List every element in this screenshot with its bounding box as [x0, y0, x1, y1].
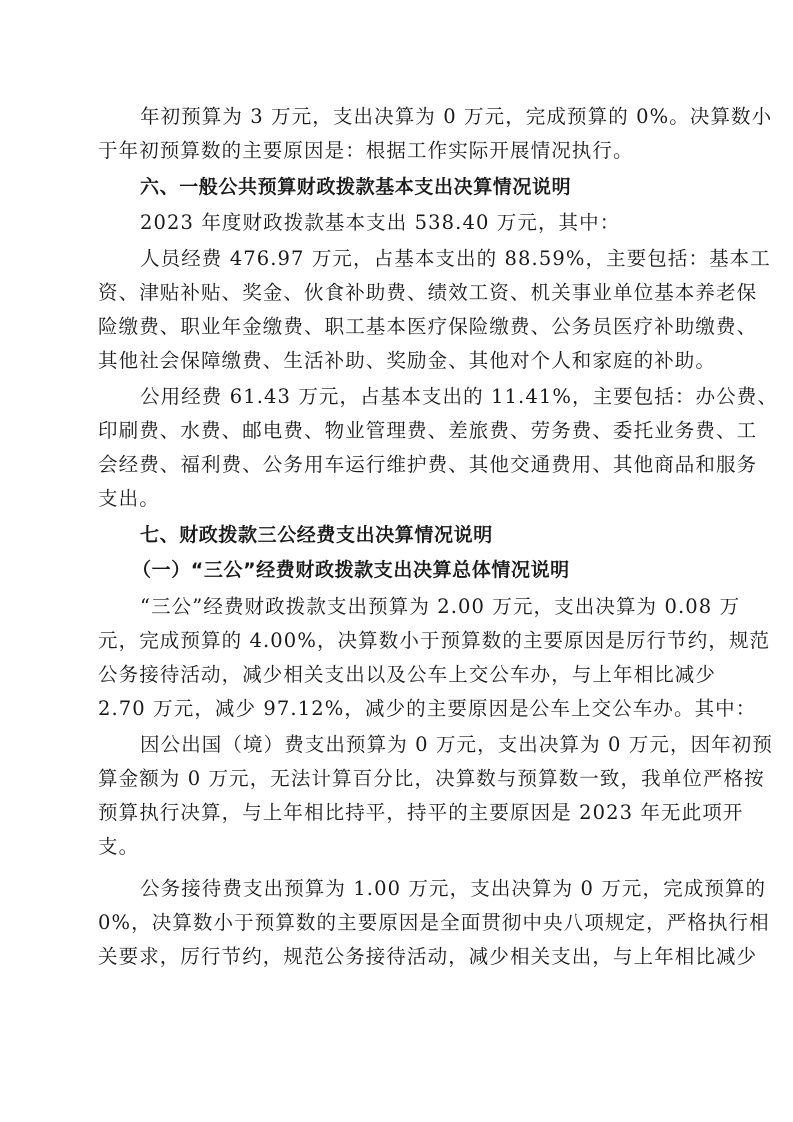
paragraph-line: 支。 — [98, 830, 698, 864]
paragraph-line: 印刷费、水费、邮电费、物业管理费、差旅费、劳务费、委托业务费、工 — [98, 414, 698, 448]
paragraph-line: 公务接待活动，减少相关支出以及公车上交公车办，与上年相比减少 — [98, 658, 698, 692]
paragraph-line: 资、津贴补贴、奖金、伙食补助费、绩效工资、机关事业单位基本养老保 — [98, 276, 698, 310]
paragraph-line: 关要求，厉行节约，规范公务接待活动，减少相关支出，与上年相比减少 — [98, 940, 698, 974]
paragraph-line: 算金额为 0 万元，无法计算百分比，决算数与预算数一致，我单位严格按 — [98, 762, 698, 796]
paragraph-line: 于年初预算数的主要原因是：根据工作实际开展情况执行。 — [98, 134, 698, 168]
paragraph-line: 2.70 万元，减少 97.12%，减少的主要原因是公车上交公车办。其中： — [98, 692, 698, 726]
paragraph-line: 支出。 — [98, 482, 698, 516]
paragraph-line: “三公”经费财政拨款支出预算为 2.00 万元，支出决算为 0.08 万 — [140, 590, 698, 624]
paragraph-line: 人员经费 476.97 万元，占基本支出的 88.59%，主要包括：基本工 — [140, 242, 698, 276]
paragraph-line: 元，完成预算的 4.00%，决算数小于预算数的主要原因是厉行节约，规范 — [98, 624, 698, 658]
paragraph-line: 险缴费、职业年金缴费、职工基本医疗保险缴费、公务员医疗补助缴费、 — [98, 310, 698, 344]
paragraph-line: 因公出国（境）费支出预算为 0 万元，支出决算为 0 万元，因年初预 — [140, 728, 698, 762]
paragraph-line: 2023 年度财政拨款基本支出 538.40 万元，其中： — [140, 206, 698, 240]
section-heading-6: 六、一般公共预算财政拨款基本支出决算情况说明 — [140, 170, 698, 204]
paragraph-line: 公用经费 61.43 万元，占基本支出的 11.41%，主要包括：办公费、 — [140, 380, 698, 414]
paragraph-line: 公务接待费支出预算为 1.00 万元，支出决算为 0 万元，完成预算的 — [140, 872, 698, 906]
section-heading-7: 七、财政拨款三公经费支出决算情况说明 — [140, 518, 698, 552]
paragraph-line: 其他社会保障缴费、生活补助、奖励金、其他对个人和家庭的补助。 — [98, 344, 698, 378]
paragraph-line: 预算执行决算，与上年相比持平，持平的主要原因是 2023 年无此项开 — [98, 796, 698, 830]
paragraph-line: 会经费、福利费、公务用车运行维护费、其他交通费用、其他商品和服务 — [98, 448, 698, 482]
subsection-heading: （一）“三公”经费财政拨款支出决算总体情况说明 — [132, 553, 698, 587]
paragraph-line: 年初预算为 3 万元，支出决算为 0 万元，完成预算的 0%。决算数小 — [140, 100, 698, 134]
paragraph-line: 0%，决算数小于预算数的主要原因是全面贯彻中央八项规定，严格执行相 — [98, 906, 698, 940]
